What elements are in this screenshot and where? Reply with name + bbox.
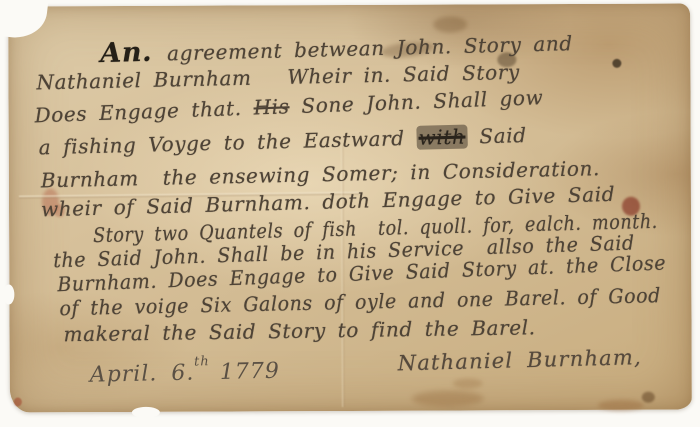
handwritten-text: makeral the Said Story to find the Barel…	[63, 315, 535, 346]
manuscript-line: makeral the Said Story to find the Barel…	[63, 317, 535, 344]
handwritten-text: Does Engage that.	[34, 96, 254, 128]
blotted-word: with	[416, 125, 467, 150]
handwritten-text: a fishing Voyge to the Eastward	[38, 126, 416, 160]
manuscript-line: Does Engage that. His Sone John. Shall g…	[34, 87, 543, 125]
signature: Nathaniel Burnham,	[397, 345, 642, 375]
handwritten-text: Said	[467, 123, 527, 148]
manuscript: An. agreement betwean John. Story andNat…	[8, 4, 692, 413]
date-ordinal-superscript: th	[194, 354, 210, 369]
date-text: April. 6.	[90, 361, 195, 388]
document-paper: An. agreement betwean John. Story andNat…	[8, 4, 692, 413]
date-year: 1779	[220, 359, 281, 385]
manuscript-lines: An. agreement betwean John. Story andNat…	[8, 4, 690, 7]
date-line: April. 6.th1779	[89, 353, 280, 388]
handwritten-text: An.	[100, 36, 168, 69]
handwritten-text: Sone John. Shall gow	[289, 85, 544, 118]
scanned-document-scene: An. agreement betwean John. Story andNat…	[0, 0, 700, 427]
manuscript-line: a fishing Voyge to the Eastward with Sai…	[38, 125, 526, 157]
struck-word: His	[253, 94, 290, 119]
